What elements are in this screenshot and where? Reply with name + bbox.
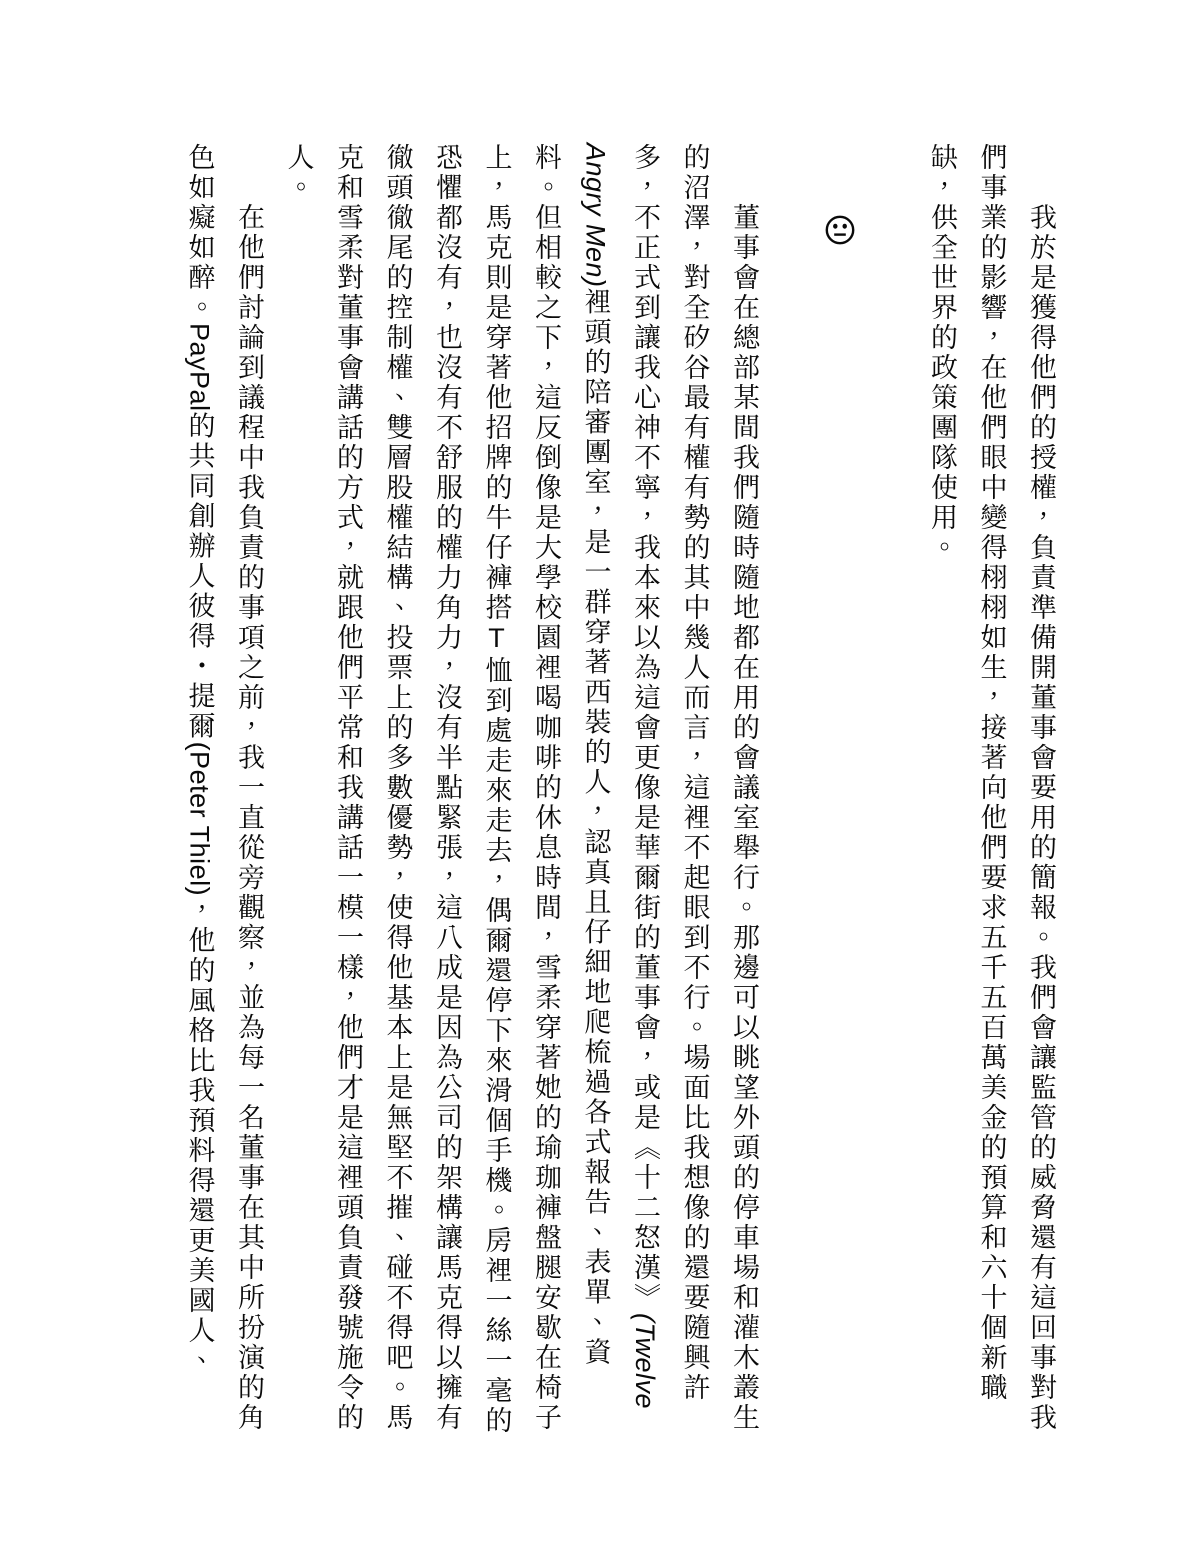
cjk-text-segment: 裡頭的陪審團室，是一群穿著西裝的人，認真且仔細地爬梳過各式報告、表單、資 <box>581 288 611 1368</box>
text-column: 料。但相較之下，這反倒像是大學校園裡喝咖啡的休息時間，雪柔穿著她的瑜珈褲盤腿安歇… <box>521 143 571 1403</box>
latin-text-segment: Angry Men) <box>581 143 611 288</box>
text-column: 董事會在總部某間我們隨時隨地都在用的會議室舉行。那邊可以眺望外頭的停車場和灌木叢… <box>719 143 769 1463</box>
text-column: 在他們討論到議程中我負責的事項之前，我一直從旁觀察，並為每一名董事在其中所扮演的… <box>224 143 274 1463</box>
cjk-text-segment: 色如癡如醉。 <box>185 143 215 323</box>
cjk-text-segment: 的共同創辦人彼得・提爾 <box>185 412 215 742</box>
text-column: 徹頭徹尾的控制權、雙層股權結構、投票上的多數優勢，使得他基本上是無堅不摧、碰不得… <box>372 143 422 1403</box>
text-column: 我於是獲得他們的授權，負責準備開董事會要用的簡報。我們會讓監管的威脅還有這回事對… <box>1016 143 1066 1463</box>
text-column: 人。 <box>273 143 323 1403</box>
book-page: 我於是獲得他們的授權，負責準備開董事會要用的簡報。我們會讓監管的威脅還有這回事對… <box>0 0 1200 1553</box>
cjk-text-segment: 克和雪柔對董事會講話的方式，就跟他們平常和我講話一模一樣，他們才是這裡頭負責發號… <box>333 143 363 1433</box>
cjk-text-segment: 缺，供全世界的政策團隊使用。 <box>927 143 957 563</box>
cjk-text-segment: ，他的風格比我預料得還更美國人、 <box>185 896 215 1376</box>
text-column: 們事業的影響，在他們眼中變得栩栩如生，接著向他們要求五千五百萬美金的預算和六十個… <box>966 143 1016 1403</box>
text-column: 恐懼都沒有，也沒有不舒服的權力角力，沒有半點緊張，這八成是因為公司的架構讓馬克得… <box>422 143 472 1403</box>
text-column: Angry Men)裡頭的陪審團室，是一群穿著西裝的人，認真且仔細地爬梳過各式報… <box>570 143 620 1403</box>
cjk-text-segment: 恐懼都沒有，也沒有不舒服的權力角力，沒有半點緊張，這八成是因為公司的架構讓馬克得… <box>432 143 462 1433</box>
cjk-text-segment: 徹頭徹尾的控制權、雙層股權結構、投票上的多數優勢，使得他基本上是無堅不摧、碰不得… <box>383 143 413 1433</box>
section-divider-line <box>768 143 917 1403</box>
latin-text-segment: T <box>482 623 512 656</box>
cjk-text-segment: 恤到處走來走去，偶爾還停下來滑個手機。房裡一絲一毫的 <box>482 656 512 1436</box>
cjk-text-segment: 料。但相較之下，這反倒像是大學校園裡喝咖啡的休息時間，雪柔穿著她的瑜珈褲盤腿安歇… <box>531 143 561 1433</box>
cjk-text-segment: 的沼澤，對全矽谷最有權有勢的其中幾人而言，這裡不起眼到不行。場面比我想像的還要隨… <box>680 143 710 1403</box>
vertical-text-block: 我於是獲得他們的授權，負責準備開董事會要用的簡報。我們會讓監管的威脅還有這回事對… <box>174 143 1065 1403</box>
text-column: 多，不正式到讓我心神不寧，我本來以為這會更像是華爾街的董事會，或是《十二怒漢》(… <box>620 143 670 1403</box>
cjk-text-segment: 們事業的影響，在他們眼中變得栩栩如生，接著向他們要求五千五百萬美金的預算和六十個… <box>977 143 1007 1403</box>
cjk-text-segment: 多，不正式到讓我心神不寧，我本來以為這會更像是華爾街的董事會，或是《十二怒漢》 <box>630 143 660 1313</box>
text-column: 上，馬克則是穿著他招牌的牛仔褲搭T恤到處走來走去，偶爾還停下來滑個手機。房裡一絲… <box>471 143 521 1403</box>
text-column: 缺，供全世界的政策團隊使用。 <box>917 143 967 1403</box>
neutral-face-icon <box>824 214 856 246</box>
text-column: 的沼澤，對全矽谷最有權有勢的其中幾人而言，這裡不起眼到不行。場面比我想像的還要隨… <box>669 143 719 1403</box>
cjk-text-segment: 在他們討論到議程中我負責的事項之前，我一直從旁觀察，並為每一名董事在其中所扮演的… <box>234 203 264 1433</box>
latin-text-segment: PayPal <box>185 323 215 412</box>
latin-text-segment: (Peter Thiel) <box>185 742 215 897</box>
cjk-text-segment: 董事會在總部某間我們隨時隨地都在用的會議室舉行。那邊可以眺望外頭的停車場和灌木叢… <box>729 203 759 1433</box>
latin-text-segment: (Twelve <box>630 1313 660 1409</box>
text-column: 克和雪柔對董事會講話的方式，就跟他們平常和我講話一模一樣，他們才是這裡頭負責發號… <box>323 143 373 1403</box>
cjk-text-segment: 上，馬克則是穿著他招牌的牛仔褲搭 <box>482 143 512 623</box>
cjk-text-segment: 我於是獲得他們的授權，負責準備開董事會要用的簡報。我們會讓監管的威脅還有這回事對… <box>1026 203 1056 1433</box>
text-column: 色如癡如醉。PayPal的共同創辦人彼得・提爾(Peter Thiel)，他的風… <box>174 143 224 1403</box>
cjk-text-segment: 人。 <box>284 143 314 203</box>
